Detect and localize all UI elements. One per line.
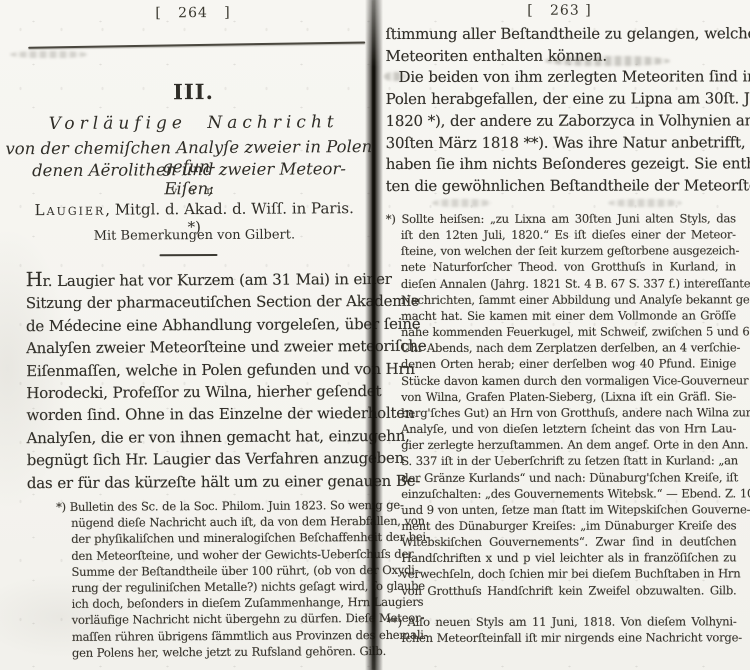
- text-line: ment des Dünaburger Kreiſes: „im Dünabur…: [386, 517, 736, 534]
- text-line: Die beiden von ihm zerlegten Meteoriten …: [386, 67, 735, 89]
- text-line: denen Orten herab; einer derſelben wog 4…: [386, 356, 736, 373]
- text-line: ſteine, von welchen der ſeit kurzem geſt…: [386, 243, 736, 260]
- text-line: und 9 von unten, ſetze man ſtatt im Wite…: [386, 501, 736, 518]
- text-line: **) Alſo neuen Styls am 11 Juni, 1818. V…: [386, 613, 736, 630]
- text-line: einzuſchalten: „des Gouvernements Witebs…: [386, 485, 736, 502]
- text-line: dieſen Annalen (Jahrg. 1821 St. 4 B. 67 …: [386, 275, 736, 292]
- text-line: Handſchriften x und p viel leichter als …: [386, 550, 736, 567]
- book-gutter-shadow: [365, 0, 383, 670]
- footnote-right-double-star: **) Alſo neuen Styls am 11 Juni, 1818. V…: [386, 613, 736, 646]
- text-line: nahe kommenden Feuerkugel, mit Schweif, …: [386, 323, 736, 340]
- text-line: von Grotthuſs Handſchrift kein Zweifel o…: [386, 582, 736, 599]
- text-line: haben ſie ihm nichts Beſonderes gezeigt.…: [386, 154, 735, 176]
- text-line: macht hat. Sie kamen mit einer dem Vollm…: [386, 307, 736, 324]
- text-line: ten die gewöhnlichen Beſtandtheile der M…: [386, 175, 735, 197]
- text-line: verwechſeln, doch ſchien mir bei dieſem …: [386, 566, 736, 583]
- page-number-right: [ 263 ]: [394, 2, 724, 19]
- text-line: Analyſe, und von dieſen letztern ſcheint…: [386, 420, 736, 437]
- text-line: gier zerlegte herzuſtammen. An dem angef…: [386, 437, 736, 454]
- text-line: Polen herabgefallen, der eine zu Lipna a…: [386, 88, 735, 110]
- text-line: iſt den 12ten Juli, 1820.“ Es iſt dieſes…: [386, 227, 736, 244]
- text-line: der Gränze Kurlands“ und nach: Dünaburg'…: [386, 469, 736, 486]
- text-line: Meteoriten enthalten können.: [385, 45, 734, 67]
- text-line: berg'ſches Gut) an Hrn von Grotthuſs, an…: [386, 404, 736, 421]
- text-line: ſtimmung aller Beſtandtheile zu gelangen…: [385, 23, 734, 45]
- text-line: *) Sollte heiſsen: „zu Lixna am 30ſten J…: [386, 210, 736, 227]
- text-line: S. 337 iſt in der Ueberſchrift zu ſetzen…: [386, 453, 736, 470]
- text-line: 1820 *), der andere zu Zaborzyca in Volh…: [386, 110, 735, 132]
- text-line: Uhr Abends, nach dem Zerplatzen derſelbe…: [386, 340, 736, 357]
- footnote-right-star: *) Sollte heiſsen: „zu Lixna am 30ſten J…: [386, 210, 737, 598]
- book-scan: [ 264 ] III. Vorläufige Nachricht von de…: [0, 0, 750, 670]
- text-line: von Wilna, Grafen Platen-Sieberg, (Lixna…: [386, 388, 736, 405]
- body-text-right: ſtimmung aller Beſtandtheile zu gelangen…: [385, 23, 734, 197]
- text-line: nete Naturforſcher Theod. von Grotthuſs …: [386, 259, 736, 276]
- text-line: ſchen Meteorſteinfall iſt mir nirgends e…: [387, 630, 737, 647]
- text-line: Witebskiſchen Gouvernements“. Zwar ſind …: [386, 533, 736, 550]
- text-line: Stücke davon kamen durch den vormaligen …: [386, 372, 736, 389]
- text-line: Nachrichten, ſammt einer Abbildung und A…: [386, 291, 736, 308]
- text-line: 30ſten März 1818 **). Was ihre Natur anb…: [386, 132, 735, 154]
